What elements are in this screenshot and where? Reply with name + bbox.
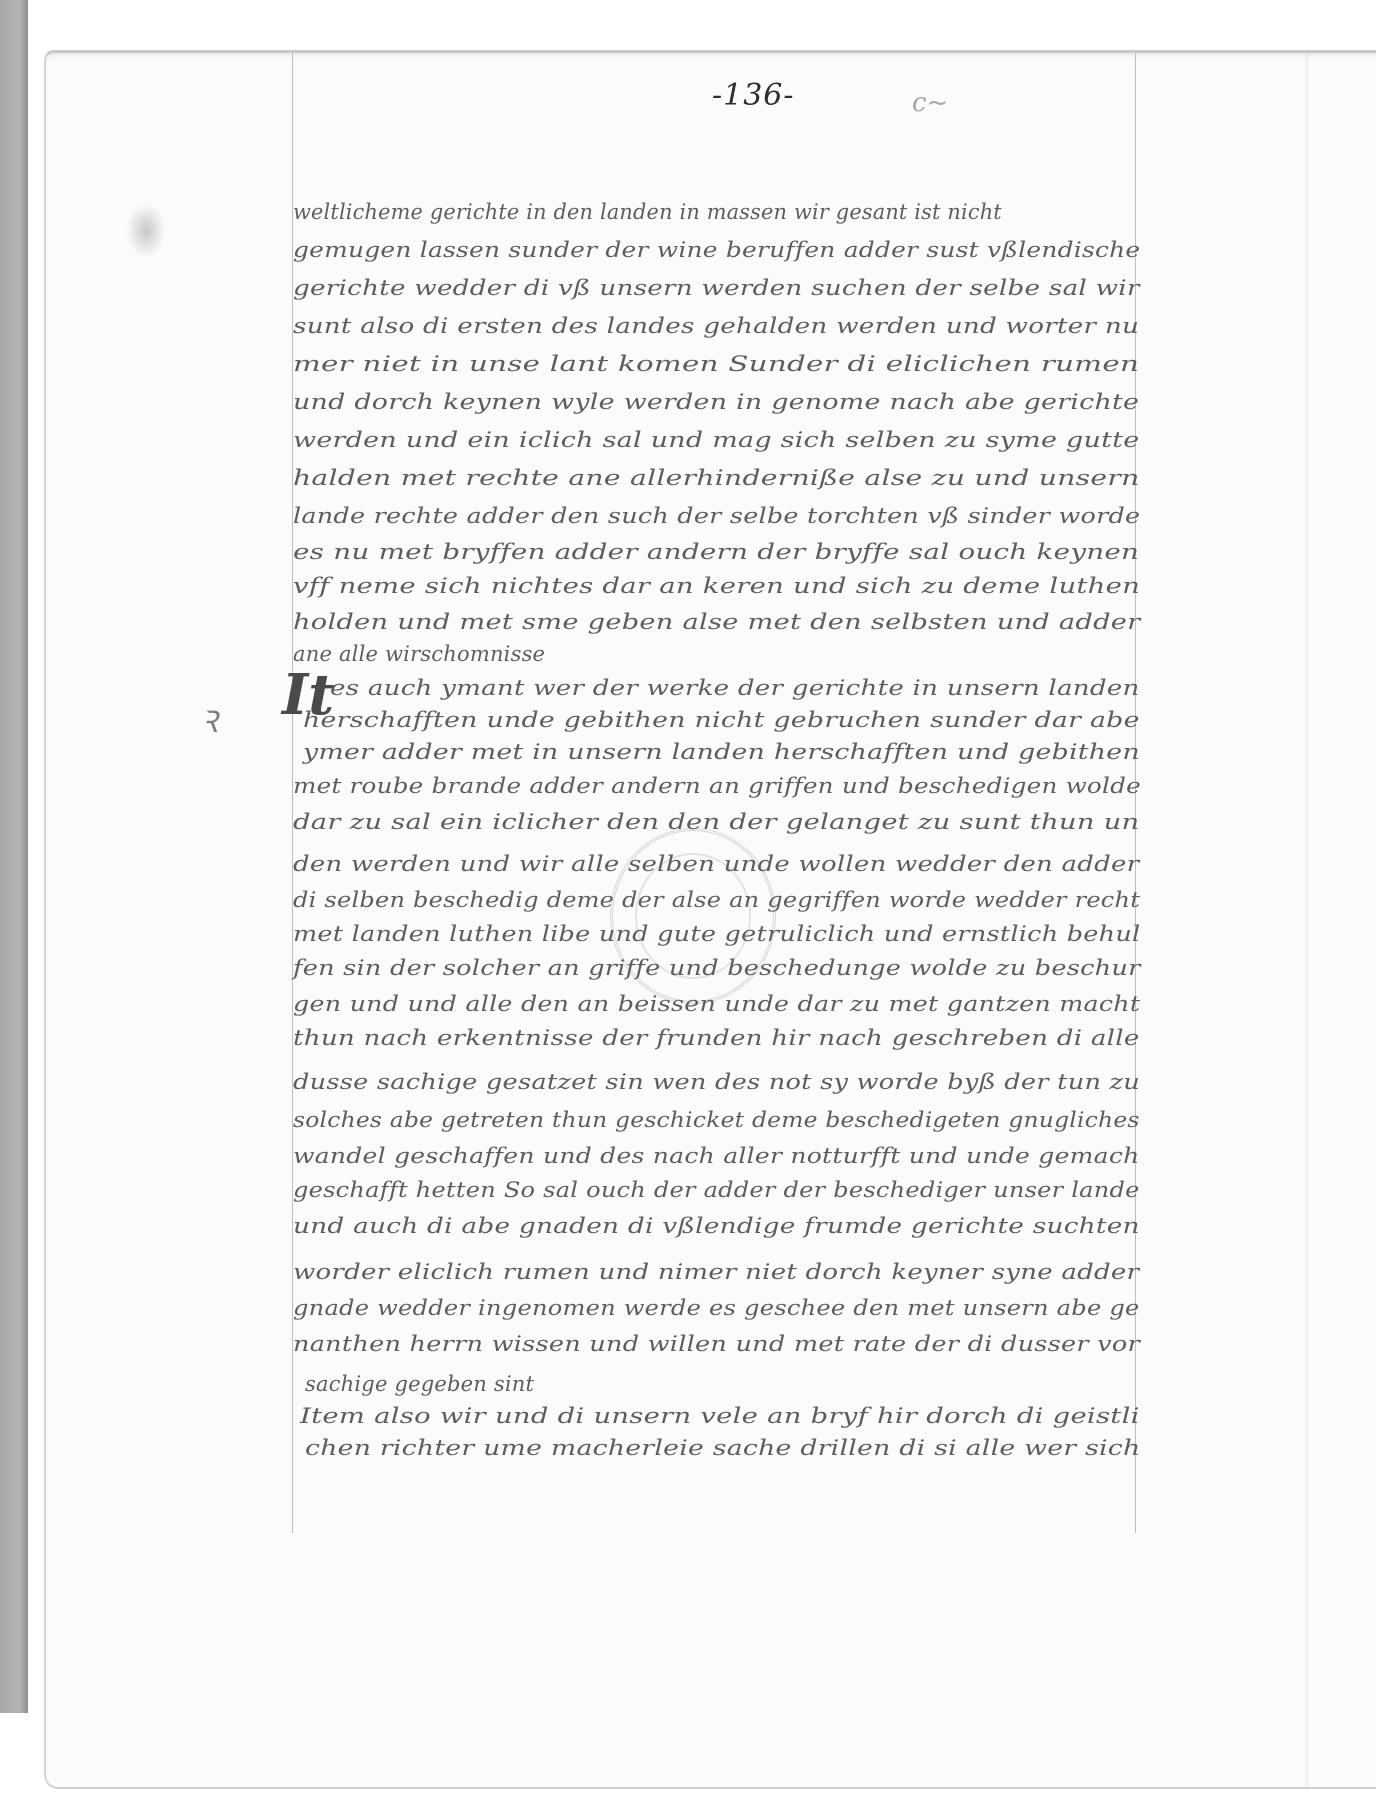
text-line: dusse sachige gesatzet sin wen des not s…: [293, 1070, 1140, 1094]
text-line: halden met rechte ane allerhinderniße al…: [293, 466, 1139, 490]
text-line: herschafften unde gebithen nicht gebruch…: [303, 708, 1140, 732]
text-line: und auch di abe gnaden di vßlendige frum…: [293, 1214, 1140, 1238]
text-line: holden und met sme geben alse met den se…: [293, 610, 1140, 634]
text-line: nanthen herrn wissen und willen und met …: [293, 1332, 1140, 1356]
ink-smudge: [126, 203, 166, 258]
text-line: met landen luthen libe und gute getrulic…: [293, 922, 1140, 946]
text-line: gerichte wedder di vß unsern werden such…: [293, 276, 1140, 300]
text-line: worder eliclich rumen und nimer niet dor…: [293, 1260, 1139, 1284]
text-line: vff neme sich nichtes dar an keren und s…: [293, 574, 1140, 598]
text-line: es nu met bryffen adder andern der bryff…: [293, 540, 1139, 564]
text-line: gen und und alle den an beissen unde dar…: [293, 992, 1140, 1016]
marginal-note-left: Ꝛ: [200, 700, 218, 741]
scan-background-strip: [0, 0, 28, 1713]
text-line: und dorch keynen wyle werden in genome n…: [293, 390, 1139, 414]
text-line: mer niet in unse lant komen Sunder di el…: [293, 352, 1139, 376]
text-line: werden und ein iclich sal und mag sich s…: [293, 428, 1139, 452]
text-line: met roube brande adder andern an griffen…: [293, 774, 1141, 798]
marginal-mark-top: c~: [912, 88, 948, 118]
text-line: lande rechte adder den such der selbe to…: [293, 504, 1140, 528]
text-line: gnade wedder ingenomen werde es geschee …: [293, 1296, 1140, 1320]
text-line: thun nach erkentnisse der frunden hir na…: [293, 1026, 1140, 1050]
text-line: es auch ymant wer der werke der gerichte…: [330, 676, 1140, 700]
text-line: weltlicheme gerichte in den landen in ma…: [293, 200, 1140, 224]
text-line: sunt also di ersten des landes gehalden …: [293, 314, 1139, 338]
text-line: den werden und wir alle selben unde woll…: [293, 852, 1139, 876]
page-number: -136-: [712, 78, 795, 113]
text-line: Item also wir und di unsern vele an bryf…: [300, 1404, 1140, 1428]
page-fold: [1305, 53, 1309, 1787]
text-line: wandel geschaffen und des nach aller not…: [293, 1144, 1139, 1168]
text-line: fen sin der solcher an griffe und besche…: [293, 956, 1141, 980]
text-line: geschafft hetten So sal ouch der adder d…: [293, 1178, 1140, 1202]
text-line: solches abe getreten thun geschicket dem…: [293, 1108, 1140, 1132]
text-line: dar zu sal ein iclicher den den der gela…: [293, 810, 1139, 834]
text-line: ymer adder met in unsern landen herschaf…: [303, 740, 1140, 764]
text-line: sachige gegeben sint: [305, 1372, 534, 1396]
text-line: chen richter ume macherleie sache drille…: [305, 1436, 1140, 1460]
text-line: gemugen lassen sunder der wine beruffen …: [293, 238, 1140, 262]
text-line: di selben beschedig deme der alse an geg…: [293, 888, 1140, 912]
